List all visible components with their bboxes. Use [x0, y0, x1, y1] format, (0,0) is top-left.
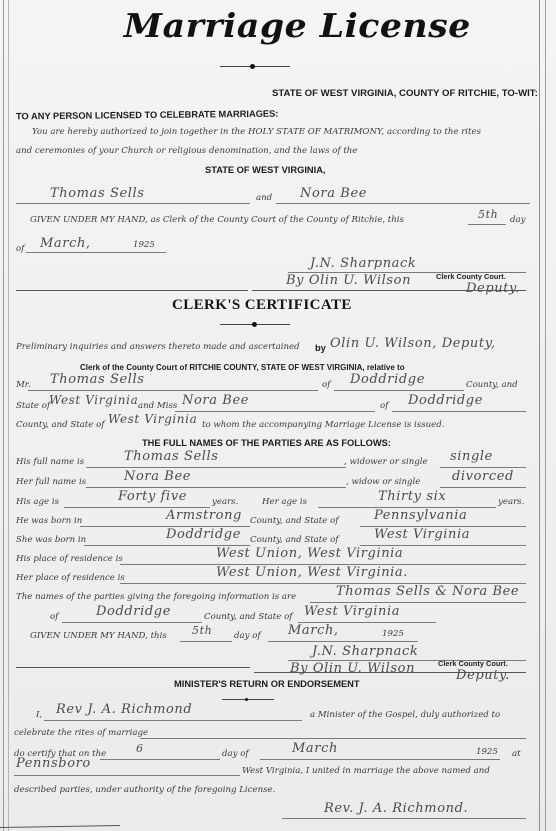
- her-marital-status: divorced: [452, 469, 514, 484]
- left-border: [3, 0, 9, 831]
- informants-state: West Virginia: [304, 604, 400, 619]
- given-label: GIVEN UNDER MY HAND, this: [30, 631, 167, 641]
- clerk-title: Clerk County Court.: [436, 272, 506, 281]
- celebrate-label: celebrate the rites of marriage: [14, 728, 148, 738]
- clerk-title-2: Clerk County Court.: [438, 659, 508, 668]
- of-label: of: [322, 380, 330, 390]
- authorization-line-2: and ceremonies of your Church or religio…: [16, 146, 357, 156]
- mr-state: West Virginia: [49, 393, 138, 407]
- informants-county: Doddridge: [96, 604, 171, 619]
- deputy-signature-2: By Olin U. Wilson: [290, 661, 415, 676]
- marriage-license-document: Marriage License STATE OF WEST VIRGINIA,…: [0, 0, 556, 831]
- state-of-label: State of: [16, 401, 50, 411]
- license-year: 1925: [133, 240, 155, 250]
- by-label: by: [315, 343, 326, 353]
- clerk-signature: J.N. Sharpnack: [310, 256, 416, 271]
- i-label: I,: [36, 710, 42, 720]
- her-age-label: Her age is: [262, 497, 307, 507]
- of-label: of: [16, 244, 24, 254]
- ornament-divider: [220, 64, 290, 70]
- at-label: at: [512, 749, 521, 759]
- miss-state: West Virginia: [108, 412, 197, 426]
- described-text: described parties, under authority of th…: [14, 785, 275, 795]
- minister-name: Rev J. A. Richmond: [56, 702, 192, 717]
- ceremony-place: Pennsboro: [16, 756, 91, 771]
- he-born-label: He was born in: [16, 516, 82, 526]
- mr-county: Doddridge: [350, 372, 425, 387]
- his-marital-status: single: [450, 449, 493, 464]
- informants-label: The names of the parties giving the fore…: [16, 592, 296, 602]
- mr-name: Thomas Sells: [50, 372, 145, 387]
- day-label: day: [510, 215, 525, 225]
- jurisdiction-header: STATE OF WEST VIRGINIA, COUNTY OF RITCHI…: [272, 88, 538, 99]
- given-under-hand: GIVEN UNDER MY HAND, as Clerk of the Cou…: [30, 215, 404, 225]
- his-age: Forty five: [118, 489, 187, 504]
- minister-text: a Minister of the Gospel, duly authorize…: [310, 710, 500, 720]
- full-names-heading: THE FULL NAMES OF THE PARTIES ARE AS FOL…: [142, 438, 391, 448]
- license-day: 5th: [478, 208, 498, 221]
- she-born-state: West Virginia: [374, 527, 470, 542]
- of-label-2: of: [380, 401, 388, 411]
- his-residence: West Union, West Virginia: [216, 546, 403, 561]
- bride-name: Nora Bee: [300, 186, 367, 201]
- document-title: Marriage License: [124, 6, 471, 45]
- given-day: 5th: [192, 624, 212, 637]
- ornament-divider: [222, 697, 274, 703]
- clerk-signature-2: J.N. Sharpnack: [312, 644, 418, 659]
- widow-label: , widow or single: [346, 477, 420, 487]
- groom-name: Thomas Sells: [50, 186, 145, 201]
- united-text: West Virginia, I united in marriage the …: [242, 766, 490, 776]
- county-state-of-label: County, and State of: [250, 516, 338, 526]
- ministers-return-heading: MINISTER'S RETURN OR ENDORSEMENT: [174, 679, 360, 689]
- his-residence-label: His place of residence is: [16, 554, 123, 564]
- county-and-label: County, and: [466, 380, 518, 390]
- ceremony-year: 1925: [476, 747, 498, 757]
- deputy-title-2: Deputy.: [456, 668, 510, 683]
- given-year: 1925: [382, 629, 404, 639]
- county-and-state-label: County, and State of: [16, 420, 104, 430]
- and-label: and: [256, 193, 272, 203]
- addressee: TO ANY PERSON LICENSED TO CELEBRATE MARR…: [16, 109, 278, 122]
- ornament-divider: [220, 322, 290, 328]
- years-label-2: years.: [498, 497, 524, 507]
- informants: Thomas Sells & Nora Bee: [336, 584, 519, 599]
- she-born-label: She was born in: [16, 535, 86, 545]
- his-age-label: His age is: [16, 497, 59, 507]
- right-border: [539, 0, 546, 831]
- deputy-title: Deputy.: [466, 281, 520, 296]
- county-state-of-label-2: County, and State of: [250, 535, 338, 545]
- years-label: years.: [212, 497, 238, 507]
- mr-label: Mr.: [16, 380, 31, 390]
- ceremony-month: March: [292, 741, 338, 756]
- day-of-label: day of: [234, 631, 261, 641]
- her-full-name-label: Her full name is: [16, 477, 86, 487]
- his-full-name-label: His full name is: [16, 457, 84, 467]
- of-label-3: of: [50, 612, 58, 622]
- ceremony-day: 6: [136, 742, 144, 755]
- and-miss-label: and Miss: [138, 401, 177, 411]
- license-month: March,: [40, 236, 91, 251]
- day-of-label-2: day of: [222, 749, 249, 759]
- clerk-line: Clerk of the County Court of RITCHIE COU…: [80, 363, 405, 372]
- minister-signature: Rev. J. A. Richmond.: [324, 801, 468, 816]
- he-born-county: Armstrong: [166, 508, 242, 523]
- given-month: March,: [288, 623, 339, 638]
- county-state-of-label-3: County, and State of: [204, 612, 292, 622]
- ascertained-by: Olin U. Wilson, Deputy,: [330, 336, 496, 351]
- deputy-signature: By Olin U. Wilson: [286, 273, 411, 288]
- she-born-county: Doddridge: [166, 527, 241, 542]
- his-full-name: Thomas Sells: [124, 449, 219, 464]
- state-line: STATE OF WEST VIRGINIA,: [205, 165, 326, 175]
- clerks-certificate-heading: CLERK'S CERTIFICATE: [172, 297, 352, 314]
- authorization-line-1: You are hereby authorized to join togeth…: [32, 127, 481, 137]
- her-age: Thirty six: [378, 489, 446, 504]
- preliminary-text: Preliminary inquiries and answers theret…: [16, 342, 300, 352]
- her-residence: West Union, West Virginia.: [216, 565, 408, 580]
- her-full-name: Nora Bee: [124, 469, 191, 484]
- her-residence-label: Her place of residence is: [16, 573, 125, 583]
- miss-county: Doddridge: [408, 393, 483, 408]
- he-born-state: Pennsylvania: [374, 508, 467, 523]
- widower-label: , widower or single: [344, 457, 428, 467]
- to-whom-text: to whom the accompanying Marriage Licens…: [202, 420, 444, 430]
- miss-name: Nora Bee: [182, 393, 249, 408]
